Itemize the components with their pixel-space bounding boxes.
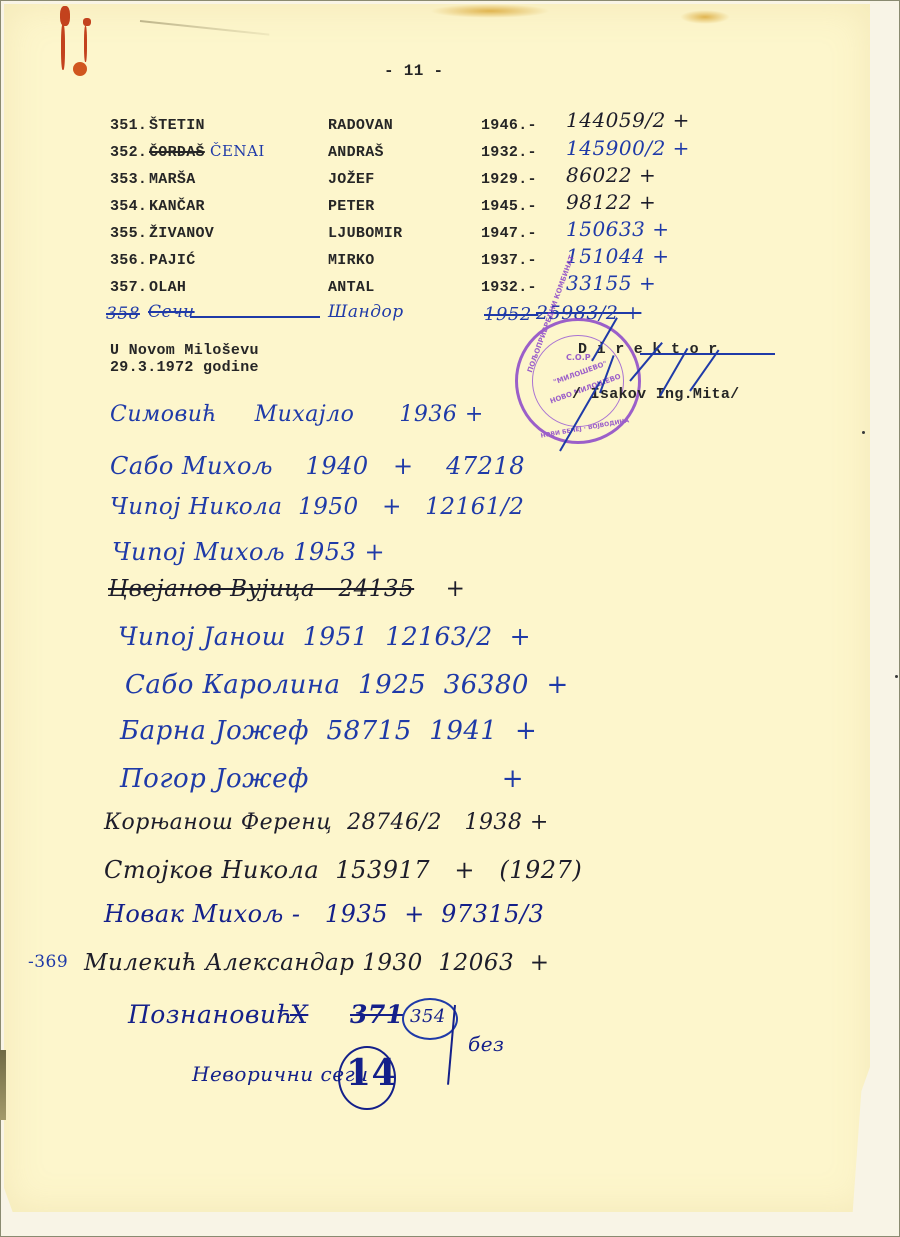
red-drip bbox=[73, 62, 87, 76]
torn-edge bbox=[0, 1050, 6, 1120]
row-name: MIRKO bbox=[328, 252, 375, 269]
handwritten-entry: Сабо Каролина 1925 36380 + bbox=[125, 670, 569, 700]
page-number: - 11 - bbox=[384, 62, 443, 80]
row-note: 86022 + bbox=[566, 163, 656, 187]
handwritten-entry: Цвејанов Вујица 24135 bbox=[108, 576, 414, 602]
row-name: LJUBOMIR bbox=[328, 225, 402, 242]
row-year: 1932.- bbox=[481, 279, 537, 296]
row-surname-struck: ČORDAŠ bbox=[149, 144, 205, 161]
row-year: 1946.- bbox=[481, 117, 537, 134]
row-note: 151044 + bbox=[566, 244, 669, 268]
row-note: 144059/2 + bbox=[566, 108, 690, 132]
row-year: 1937.- bbox=[481, 252, 537, 269]
row-surname: MARŠA bbox=[149, 171, 196, 188]
row-name: PETER bbox=[328, 198, 375, 215]
speck bbox=[895, 675, 898, 678]
note-side: без bbox=[468, 1032, 504, 1056]
total-count: 14 bbox=[346, 1052, 397, 1094]
row-number: 358 bbox=[106, 304, 140, 324]
row-number: 354. bbox=[110, 198, 147, 215]
handwritten-entry: Стојков Никола 153917 + (1927) bbox=[104, 856, 582, 884]
row-note: 150633 + bbox=[566, 217, 669, 241]
row-number: 351. bbox=[110, 117, 147, 134]
row-note: 145900/2 + bbox=[566, 136, 690, 160]
row-surname: OLAH bbox=[149, 279, 186, 296]
row-number: 352. bbox=[110, 144, 147, 161]
place-label: U Novom Miloševu bbox=[110, 342, 259, 359]
handwritten-entry: Чипој Михољ 1953 + bbox=[112, 538, 385, 566]
row-year: 1932.- bbox=[481, 144, 537, 161]
red-drip bbox=[83, 18, 91, 26]
note-struck-number: 371 bbox=[350, 1000, 404, 1029]
rust-stain bbox=[680, 10, 730, 24]
row-surname: ŠTETIN bbox=[149, 117, 205, 134]
handwritten-entry: Сабо Михољ 1940 + 47218 bbox=[110, 452, 525, 480]
note-struck-mark: Х bbox=[290, 1000, 308, 1029]
row-surname: PAJIĆ bbox=[149, 252, 196, 269]
handwritten-entry: Барна Јожеф 58715 1941 + bbox=[120, 716, 537, 746]
handwritten-entry: Новак Михољ - 1935 + 97315/3 bbox=[104, 900, 544, 928]
surname-correction: ČENAI bbox=[210, 142, 265, 160]
row-surname: KANČAR bbox=[149, 198, 205, 215]
handwritten-entry: Чипој Никола 1950 + 12161/2 bbox=[110, 494, 524, 520]
row-name: RADOVAN bbox=[328, 117, 393, 134]
row-number: 357. bbox=[110, 279, 147, 296]
note-name: Познановић bbox=[128, 1000, 293, 1029]
rust-stain bbox=[430, 4, 550, 18]
row-year: 1952- bbox=[484, 304, 538, 325]
underline-stroke bbox=[640, 353, 775, 355]
row-name: ANDRAŠ bbox=[328, 144, 384, 161]
row-number: 356. bbox=[110, 252, 147, 269]
row-year: 1945.- bbox=[481, 198, 537, 215]
strike-line bbox=[190, 316, 320, 318]
cross-mark: + bbox=[430, 576, 465, 602]
handwritten-entry: Симовић Михајло 1936 + bbox=[110, 402, 484, 427]
row-name: JOŽEF bbox=[328, 171, 375, 188]
row-note: 98122 + bbox=[566, 190, 656, 214]
handwritten-entry: Корњанош Ференц 28746/2 1938 + bbox=[104, 810, 549, 835]
row-number: 355. bbox=[110, 225, 147, 242]
handwritten-entry: Милекић Александар 1930 12063 + bbox=[84, 950, 549, 976]
row-year: 1929.- bbox=[481, 171, 537, 188]
red-drip bbox=[60, 6, 70, 26]
row-note: 33155 + bbox=[566, 271, 656, 295]
note-circled-number: 354 bbox=[410, 1006, 446, 1027]
row-number: 353. bbox=[110, 171, 147, 188]
date-label: 29.3.1972 godine bbox=[110, 359, 259, 376]
row-surname-struck: Сечи bbox=[148, 302, 195, 322]
red-drip bbox=[61, 24, 65, 70]
handwritten-entry: Погор Јожеф + bbox=[120, 764, 524, 794]
speck bbox=[862, 431, 865, 434]
handwritten-entry: Чипој Јанош 1951 12163/2 + bbox=[118, 622, 531, 651]
row-name: Шандор bbox=[328, 302, 404, 322]
row-year: 1947.- bbox=[481, 225, 537, 242]
official-stamp: ПОЉОПРИВРЕДНИ КОМБИНАТ С.О.Р. "МИЛОШЕВО"… bbox=[515, 318, 641, 444]
row-name: ANTAL bbox=[328, 279, 375, 296]
red-drip bbox=[84, 26, 87, 62]
entry-number: -369 bbox=[28, 952, 68, 972]
row-surname: ŽIVANOV bbox=[149, 225, 214, 242]
